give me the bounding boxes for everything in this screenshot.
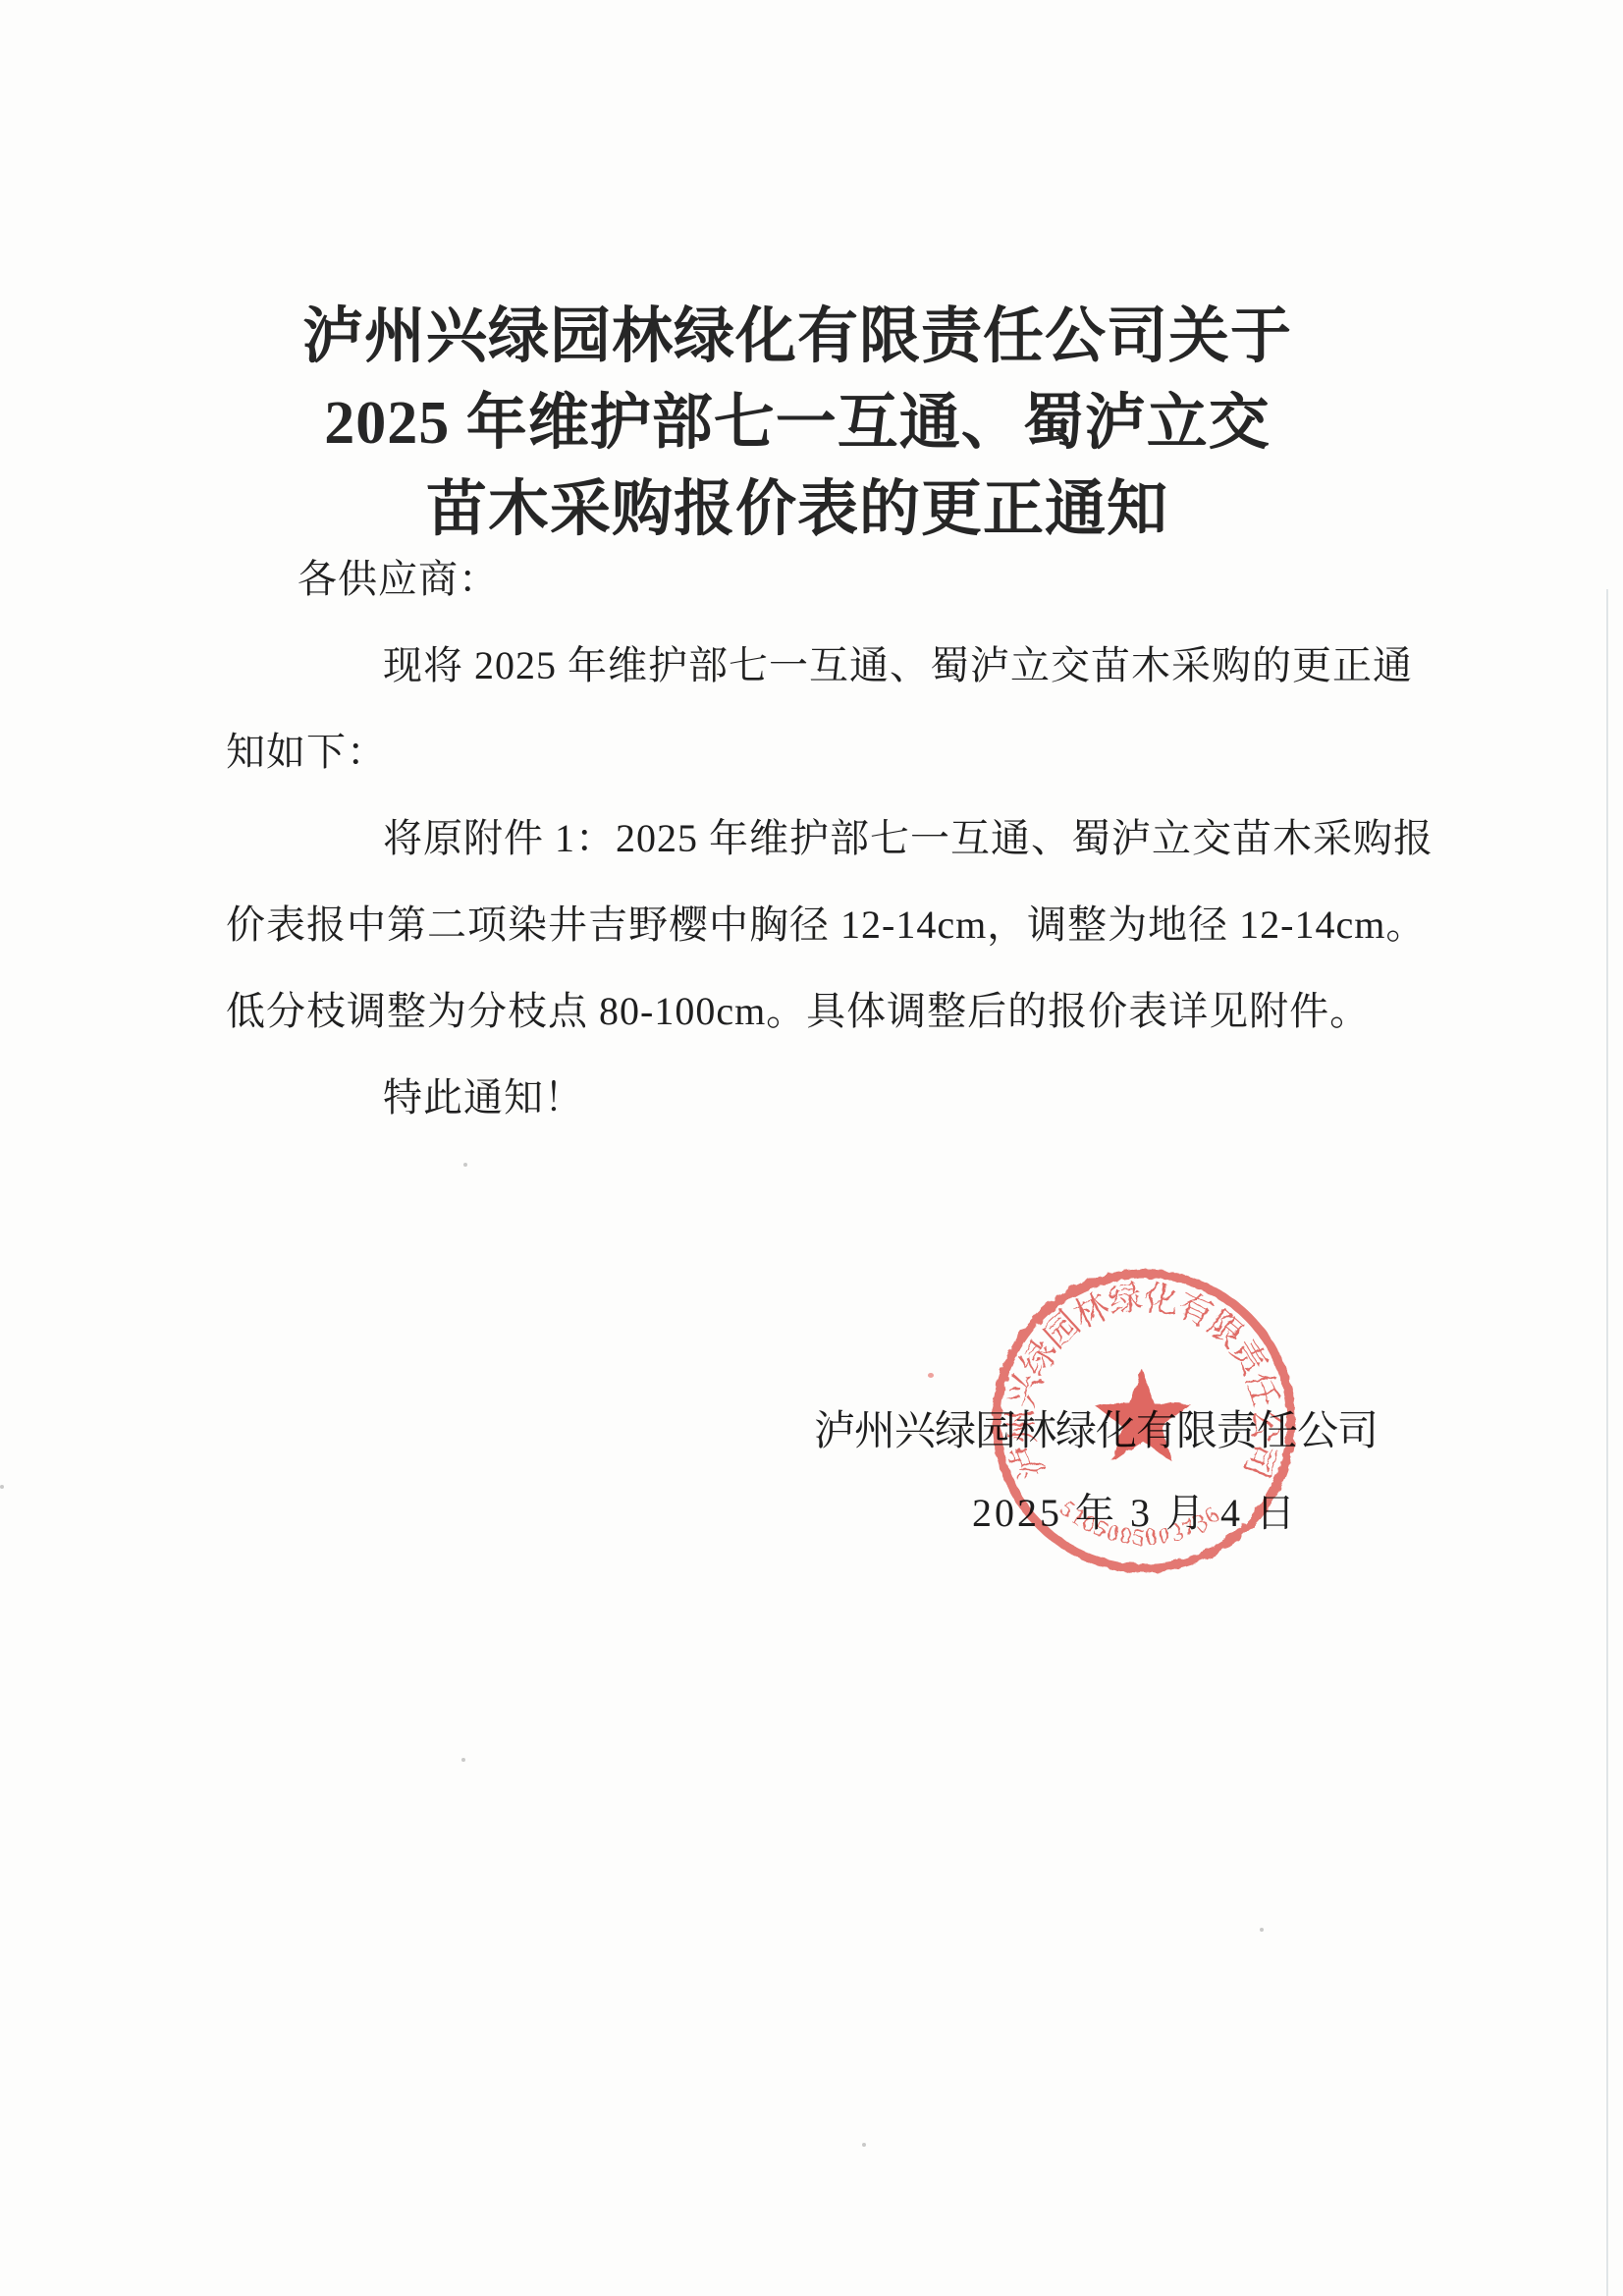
scan-edge-line [1606, 589, 1608, 2296]
body-line: 知如下： [226, 733, 387, 772]
scan-speck [461, 1758, 465, 1762]
body-line: 低分枝调整为分枝点 80-100cm。具体调整后的报价表详见附件。 [226, 992, 1370, 1031]
body-line: 现将 2025 年维护部七一互通、蜀泸立交苗木采购的更正通 [383, 646, 1413, 685]
scan-speck [463, 1163, 467, 1167]
closing-line: 特此通知！ [383, 1078, 584, 1118]
title-line-2: 2025 年维护部七一互通、蜀泸立交 [324, 373, 1271, 461]
body-line: 价表报中第二项染井吉野樱中胸径 12-14cm，调整为地径 12-14cm。 [226, 905, 1426, 945]
stamp-star-icon [1094, 1369, 1191, 1461]
scan-speck [862, 2143, 866, 2147]
salutation-line: 各供应商： [298, 560, 499, 599]
title-line-3: 苗木采购报价表的更正通知 [426, 460, 1168, 547]
scanned-notice-page: 泸州兴绿园林绿化有限责任公司关于 2025 年维护部七一互通、蜀泸立交 苗木采购… [0, 0, 1623, 2296]
stamp-code: 5105005003736 [1055, 1496, 1225, 1551]
red-ink-speck [928, 1373, 934, 1378]
body-line: 将原附件 1：2025 年维护部七一互通、蜀泸立交苗木采购报 [383, 819, 1434, 858]
scan-speck [1260, 1928, 1264, 1932]
title-line-1: 泸州兴绿园林绿化有限责任公司关于 [302, 287, 1292, 374]
scan-speck [0, 1485, 4, 1489]
company-seal-stamp: 泸州兴绿园林绿化有限责任公司 5105005003736 [977, 1254, 1311, 1588]
